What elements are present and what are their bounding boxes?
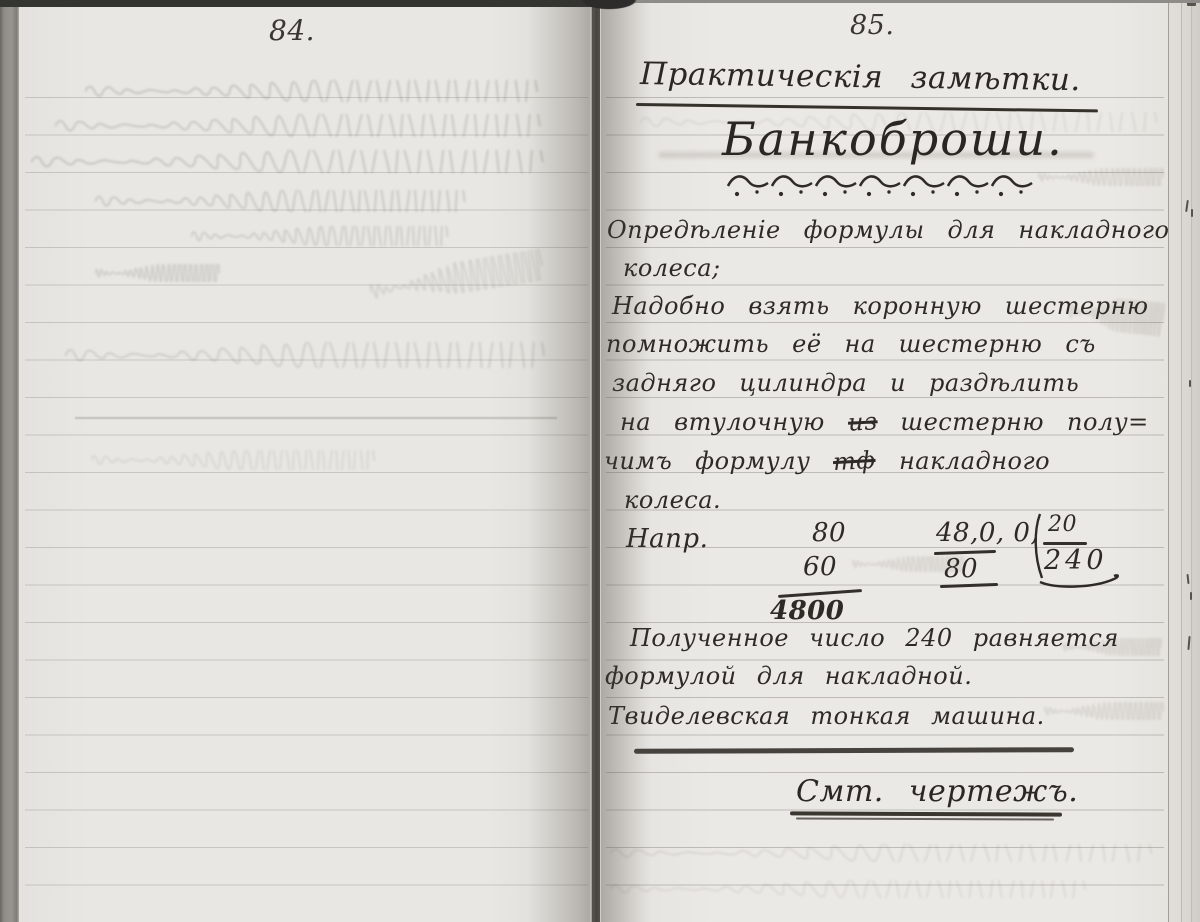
gutter-shadow	[601, 0, 651, 922]
calc-divisor: 20	[1048, 512, 1077, 537]
result-line: Полученное число 240 равняется	[630, 624, 1119, 652]
handwritten-line: на втулочную из шестерню полу=	[620, 408, 1149, 436]
handwritten-line: чимъ формулу тф накладного	[604, 447, 1050, 475]
calc-multiplicand: 80	[812, 518, 846, 548]
struck-word: из	[847, 407, 878, 437]
ruled-lines	[25, 97, 588, 922]
bleedthrough-line	[610, 844, 1155, 862]
calc-multiplier: 60	[803, 552, 837, 582]
edge-ink-mark	[1191, 209, 1193, 217]
calc-quotient: 240	[1044, 545, 1108, 576]
calc-dividend: 48,0, 0,	[936, 518, 1039, 548]
page-left: 84.	[19, 0, 592, 922]
gutter-shadow	[528, 0, 590, 922]
handwritten-line: помножить её на шестерню съ	[606, 330, 1096, 358]
bleedthrough-line	[65, 342, 547, 368]
bleedthrough-line	[31, 150, 546, 173]
struck-word: тф	[833, 446, 877, 476]
bleedthrough-line	[55, 114, 543, 137]
bleedthrough-line	[1044, 702, 1164, 720]
edge-ink-mark	[1189, 380, 1191, 387]
bleedthrough-line	[368, 249, 546, 308]
faint-pencil-rule	[75, 417, 557, 419]
gutter-fold	[590, 0, 601, 922]
footer-note: Смт. чертежъ.	[796, 774, 1078, 809]
line-segment: на втулочную	[620, 408, 848, 436]
handwritten-line: Опредѣленіе формулы для накладного	[607, 216, 1170, 244]
line-segment: накладного	[876, 447, 1050, 475]
bleedthrough-line	[85, 80, 540, 102]
page-edge-stack	[1168, 0, 1200, 922]
scan-top-edge	[598, 0, 1200, 3]
section-heading: Практическія замѣтки.	[640, 56, 1081, 98]
edge-ink-mark	[1190, 592, 1192, 600]
bleedthrough-line	[191, 226, 449, 246]
notebook-scan: 84. 85. Практическія замѣтки. Банкоброши…	[0, 0, 1200, 922]
footer-underline	[796, 817, 1054, 820]
handwritten-line: Надобно взять коронную шестерню	[612, 292, 1149, 320]
result-line: Твиделевская тонкая машина.	[608, 702, 1045, 730]
cover-edge	[0, 0, 19, 922]
line-segment: шестерню полу=	[877, 408, 1148, 436]
bleedthrough-line	[95, 190, 467, 212]
division-step-underline	[940, 583, 998, 588]
bleedthrough-line	[610, 880, 1088, 898]
footer-underline	[790, 811, 1062, 816]
result-line: формулой для накладной.	[605, 662, 972, 690]
separator-rule	[634, 747, 1074, 754]
page-title: Банкоброши.	[722, 112, 1064, 166]
calc-product: 4800	[770, 596, 844, 626]
scan-top-edge	[0, 0, 598, 7]
page-number: 85.	[850, 10, 894, 41]
bleedthrough-line	[1038, 168, 1164, 186]
calc-remainder: 80	[944, 554, 978, 584]
page-number: 84.	[269, 14, 315, 47]
title-flourish-underline	[726, 172, 1036, 200]
quotient-flourish	[1038, 574, 1124, 590]
bleedthrough-line	[95, 264, 220, 282]
binding-notch	[568, 0, 650, 14]
page-right: 85. Практическія замѣтки. Банкоброши. Оп…	[600, 0, 1168, 922]
bleedthrough-line	[91, 450, 376, 470]
handwritten-line: задняго цилиндра и раздѣлить	[612, 369, 1079, 397]
